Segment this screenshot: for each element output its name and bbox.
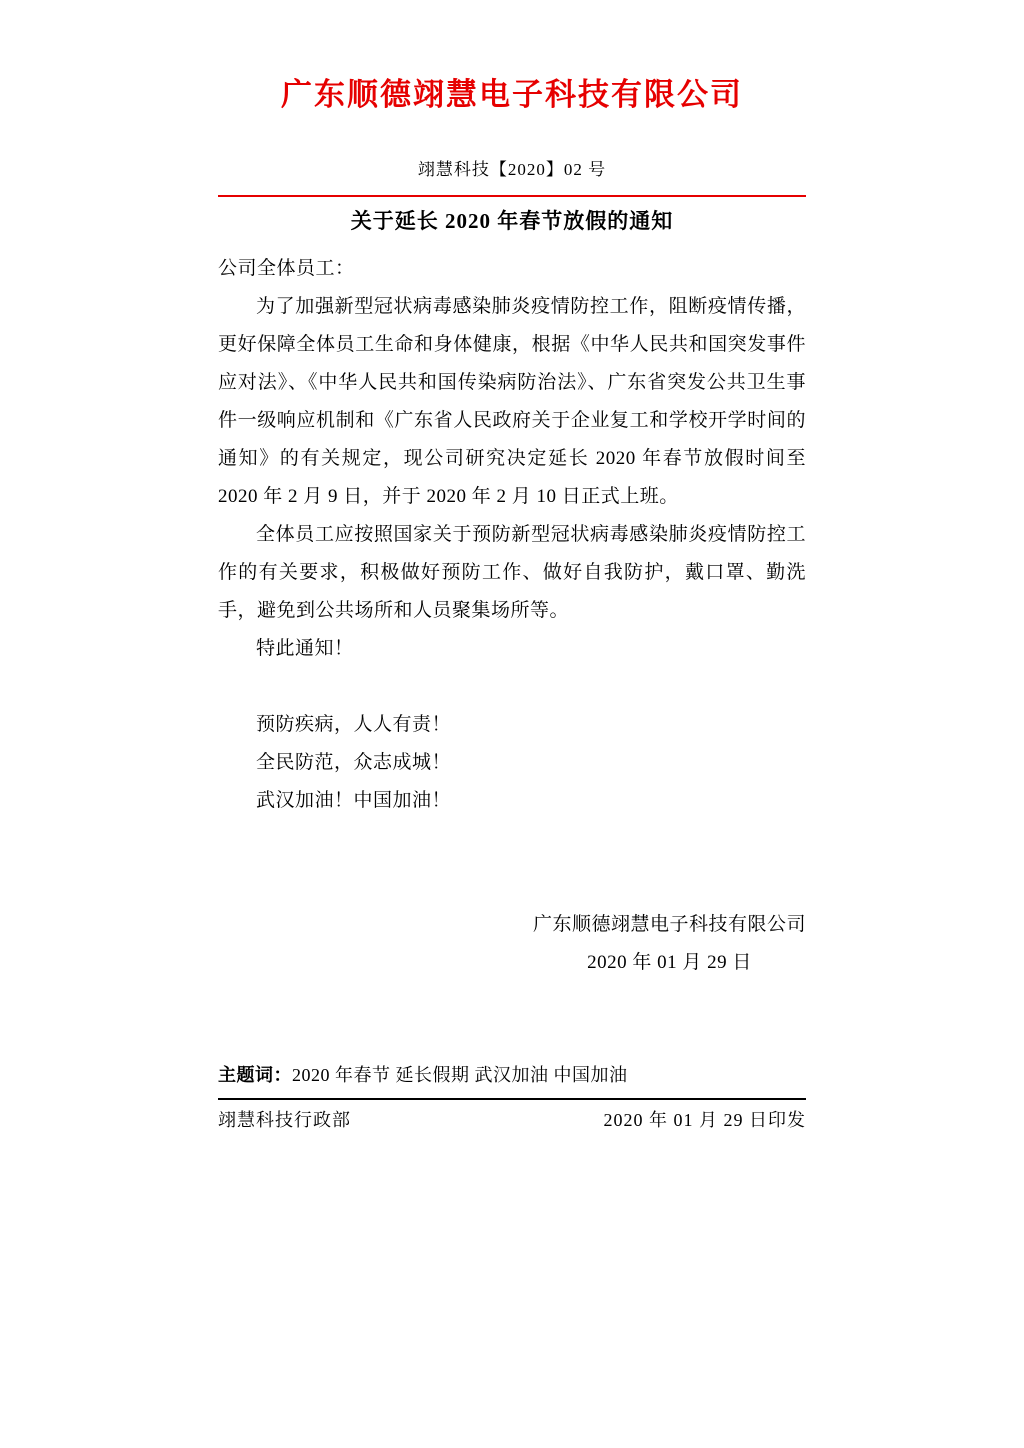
keywords-label: 主题词： xyxy=(218,1065,292,1085)
footer-row: 翊慧科技行政部 2020 年 01 月 29 日印发 xyxy=(218,1102,806,1138)
closing-line: 特此通知！ xyxy=(218,630,806,668)
body-paragraph: 为了加强新型冠状病毒感染肺炎疫情防控工作，阻断疫情传播，更好保障全体员工生命和身… xyxy=(218,288,806,516)
signature-date: 2020 年 01 月 29 日 xyxy=(533,944,806,982)
issuing-department: 翊慧科技行政部 xyxy=(218,1102,351,1138)
red-divider-rule xyxy=(218,195,806,197)
salutation: 公司全体员工： xyxy=(218,250,806,288)
signature-company: 广东顺德翊慧电子科技有限公司 xyxy=(533,906,806,944)
slogan-line: 全民防范，众志成城！ xyxy=(218,744,806,782)
document-page: 广东顺德翊慧电子科技有限公司 翊慧科技【2020】02 号 关于延长 2020 … xyxy=(0,0,1024,1448)
signature-block: 广东顺德翊慧电子科技有限公司 2020 年 01 月 29 日 xyxy=(218,906,806,982)
notice-title: 关于延长 2020 年春节放假的通知 xyxy=(218,206,806,236)
signature-inner: 广东顺德翊慧电子科技有限公司 2020 年 01 月 29 日 xyxy=(533,906,806,982)
footer-divider-rule xyxy=(218,1098,806,1100)
slogan-line: 预防疾病，人人有责！ xyxy=(218,706,806,744)
document-number: 翊慧科技【2020】02 号 xyxy=(218,158,806,182)
notice-body: 公司全体员工： 为了加强新型冠状病毒感染肺炎疫情防控工作，阻断疫情传播，更好保障… xyxy=(218,250,806,1138)
body-paragraph: 全体员工应按照国家关于预防新型冠状病毒感染肺炎疫情防控工作的有关要求，积极做好预… xyxy=(218,516,806,630)
company-masthead-title: 广东顺德翊慧电子科技有限公司 xyxy=(0,0,1024,114)
print-date: 2020 年 01 月 29 日印发 xyxy=(604,1102,807,1138)
document-content: 翊慧科技【2020】02 号 关于延长 2020 年春节放假的通知 公司全体员工… xyxy=(218,158,806,1138)
slogan-line: 武汉加油！中国加油！ xyxy=(218,782,806,820)
keywords-row: 主题词：2020 年春节 延长假期 武汉加油 中国加油 xyxy=(218,1056,806,1094)
slogan-block: 预防疾病，人人有责！ 全民防范，众志成城！ 武汉加油！中国加油！ xyxy=(218,706,806,820)
keywords-value: 2020 年春节 延长假期 武汉加油 中国加油 xyxy=(292,1065,628,1085)
